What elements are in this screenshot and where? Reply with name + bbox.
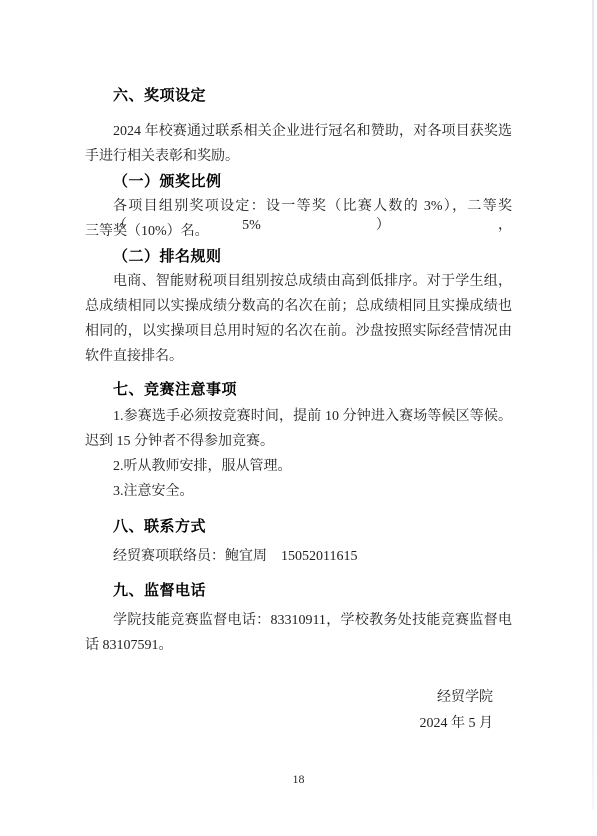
section-9-heading: 九、监督电话: [85, 581, 512, 600]
paragraph-line: 话 83107591。: [85, 636, 512, 655]
paragraph-line: 手进行相关表彰和奖励。: [85, 147, 512, 166]
signature-organization: 经贸学院: [437, 688, 493, 707]
subsection-2-heading: （二）排名规则: [85, 247, 512, 266]
document-page: 六、奖项设定 2024 年校赛通过联系相关企业进行冠名和赞助，对各项目获奖选 手…: [0, 0, 597, 836]
signature-date: 2024 年 5 月: [420, 714, 494, 733]
paragraph-line: 相同的，以实操项目总用时短的名次在前。沙盘按照实际经营情况由: [85, 322, 512, 341]
page-edge-line: [592, 0, 594, 810]
paragraph-line: 软件直接排名。: [85, 347, 512, 366]
paragraph-line: 总成绩相同以实操成绩分数高的名次在前；总成绩相同且实操成绩也: [85, 297, 512, 316]
paragraph-line: 电商、智能财税项目组别按总成绩由高到低排序。对于学生组，: [85, 272, 512, 291]
list-item-line: 3.注意安全。: [85, 482, 512, 501]
section-6-heading: 六、奖项设定: [85, 86, 512, 105]
list-item-line: 1.参赛选手必须按竞赛时间，提前 10 分钟进入赛场等候区等候。: [85, 407, 512, 426]
contact-line: 经贸赛项联络员：鲍宜周 15052011615: [85, 547, 512, 566]
subsection-1-heading: （一）颁奖比例: [85, 172, 512, 191]
paragraph-line: 学院技能竞赛监督电话：83310911，学校教务处技能竞赛监督电: [85, 611, 512, 630]
section-7-heading: 七、竞赛注意事项: [85, 380, 512, 399]
section-8-heading: 八、联系方式: [85, 517, 512, 536]
paragraph-line: 三等奖（10%）名。: [85, 222, 512, 241]
paragraph-line: 2024 年校赛通过联系相关企业进行冠名和赞助，对各项目获奖选: [85, 122, 512, 141]
list-item-line: 迟到 15 分钟者不得参加竞赛。: [85, 432, 512, 451]
page-number: 18: [0, 772, 597, 787]
list-item-line: 2.听从教师安排，服从管理。: [85, 457, 512, 476]
